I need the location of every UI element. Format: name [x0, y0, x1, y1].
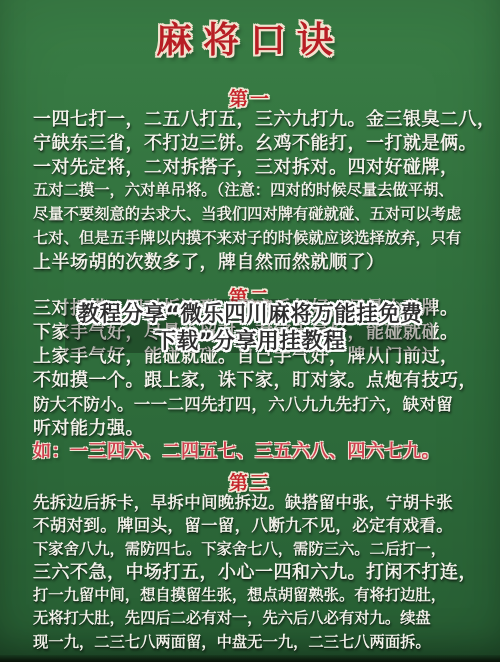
section-1-verse: 一四七打一，二五八打五，三六九打九。金三银臭二八， 宁缺东三省，不打边三饼。幺鸡… — [33, 108, 482, 275]
verse-line: 五对二摸一，六对单吊将。（注意：四对的时候尽量去做平胡、 — [33, 179, 482, 203]
verse-line: 一对先定将，二对拆搭子，三对拆对。四对好碰牌， — [33, 156, 482, 180]
mahjong-tips-poster: 麻将口诀 第一 一四七打一，二五八打五，三六九打九。金三银臭二八， 宁缺东三省，… — [0, 0, 500, 662]
verse-line: 下家舍八九，需防四七。下家舍七八，需防三六。二后打一， — [33, 538, 482, 561]
section-3-verse: 先拆边后拆卡，早拆中间晚拆边。缺搭留中张，宁胡卡张 不胡对到。牌回头，留一留，八… — [33, 491, 482, 654]
verse-line: 无将打大肚，先四后二必有对一，先六后八必有对九。续盘 — [33, 607, 482, 630]
section-1-heading: 第一 — [0, 84, 500, 111]
bottom-edge — [0, 655, 500, 662]
verse-line: 不胡对到。牌回头，留一留，八断九不见，必定有戏看。 — [33, 514, 482, 537]
example-line: 如：一三四六、二四五七、三五六八、四六七九。 — [33, 440, 482, 464]
verse-line: 一四七打一，二五八打五，三六九打九。金三银臭二八， — [33, 108, 482, 132]
verse-line: 七对、但是五手牌以内摸不来对子的时候就应该选择放弃，只有 — [33, 227, 482, 251]
verse-line: 不如摸一个。跟上家，诛下家，盯对家。点炮有技巧， — [33, 369, 482, 393]
verse-line: 打一九留中间，想自摸留生张，想点胡留熟张。有将打边肚， — [33, 584, 482, 607]
overlay-caption-line1: 教程分享“微乐四川麻将万能挂免费 — [0, 301, 500, 328]
verse-line: 三六不急，中场打五，小心一四和六九。打闲不打连， — [33, 561, 482, 584]
verse-line: 先拆边后拆卡，早拆中间晚拆边。缺搭留中张，宁胡卡张 — [33, 491, 482, 514]
poster-title: 麻将口诀 — [0, 12, 500, 63]
verse-line: 防大不防小。一一二四先打四，六八九九先打六，缺对留 — [33, 393, 482, 417]
overlay-caption-line2: 下载”分享用挂教程 — [0, 328, 500, 355]
verse-line: 上半场胡的次数多了，牌自然而然就顺了） — [33, 251, 482, 275]
verse-line: 听对能力强。 — [33, 417, 482, 441]
verse-line: 现一九，二三七八两面留，中盘无一九，二三七八两面拆。 — [33, 631, 482, 654]
verse-line: 尽量不要刻意的去求大、当我们四对牌有碰就碰、五对可以考虑 — [33, 203, 482, 227]
overlay-caption: 教程分享“微乐四川麻将万能挂免费 下载”分享用挂教程 — [0, 301, 500, 355]
verse-line: 宁缺东三省，不打边三饼。幺鸡不能打，一打就是俩。 — [33, 132, 482, 156]
